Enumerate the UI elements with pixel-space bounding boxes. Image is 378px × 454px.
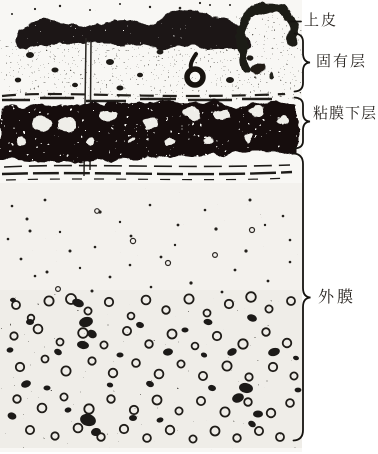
micrograph-photo [0, 0, 302, 452]
histology-figure: 上皮 固有层 粘膜下层 外膜 [0, 0, 378, 454]
label-submucosa: 粘膜下层 [313, 107, 377, 122]
adventitia-lower-texture [0, 290, 302, 448]
label-epithelium: 上皮 [304, 14, 338, 29]
label-lamina-propria: 固有层 [316, 55, 367, 70]
adventitia-upper-texture [0, 180, 302, 292]
label-adventitia: 外膜 [318, 290, 356, 306]
